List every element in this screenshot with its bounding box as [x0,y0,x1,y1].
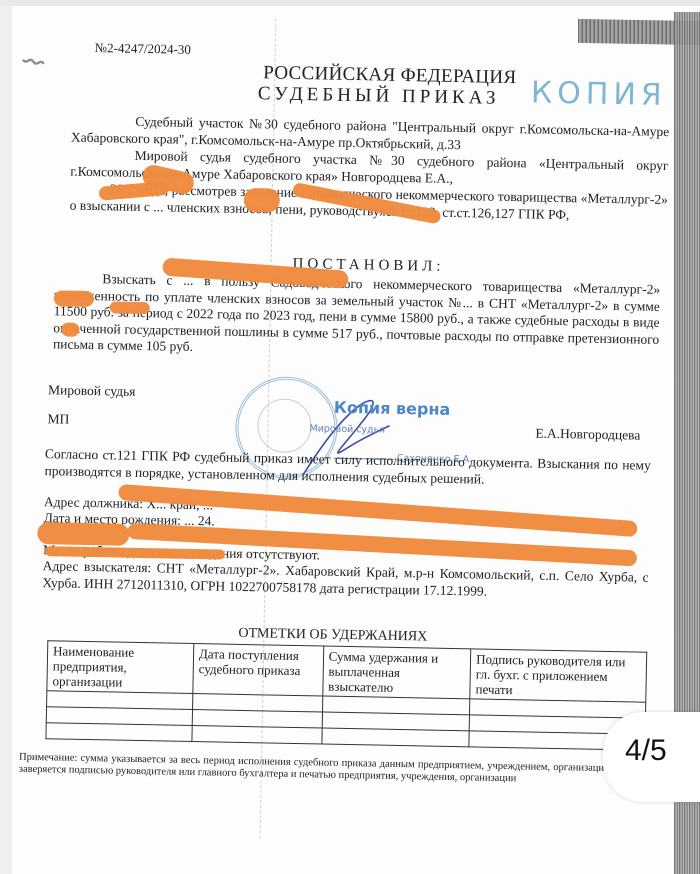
seal-label: МП [47,411,69,428]
certified-copy-role: Мировой судья [309,421,385,439]
judge-name: Е.А.Новгородцева [535,426,640,445]
table-header: Наименование предприятия, организации [47,641,194,694]
judge-label: Мировой судья [48,382,136,400]
redaction-mark [37,522,129,546]
certified-copy-title: Копия верна [334,400,451,419]
table-title: ОТМЕТКИ ОБ УДЕРЖАНИЯХ [238,626,427,646]
handwritten-margin-mark: ⌇ [26,54,45,71]
redaction-mark [244,188,280,213]
page-indicator: 4/5 [625,734,667,768]
table-header: Дата поступления судебного приказа [193,644,324,696]
footnote: Примечание: сумма указывается за весь пе… [19,752,617,787]
decision-text: Взыскать с ... в пользу Садоводческого н… [53,270,660,364]
title-document-type: СУДЕБНЫЙ ПРИКАЗ [258,86,500,107]
page-indicator-badge: 4/5 [603,712,700,802]
case-number: №2-4247/2024-30 [95,40,191,58]
court-order-document: ⌇ №2-4247/2024-30 РОССИЙСКАЯ ФЕДЕРАЦИЯ С… [0,0,700,874]
enforcement-note: Согласно ст.121 ГПК РФ судебный приказ и… [44,446,651,491]
table-header: Сумма удержания и выплаченная взыскателю [322,646,470,699]
withholding-table: Наименование предприятия, организации Да… [45,640,647,751]
table-header: Подпись руководителя или гл. бухг. с при… [470,649,647,702]
redaction-mark [54,290,94,307]
copy-stamp: КОПИЯ [531,85,667,104]
redaction-mark [110,301,150,314]
redaction-mark [61,322,79,336]
